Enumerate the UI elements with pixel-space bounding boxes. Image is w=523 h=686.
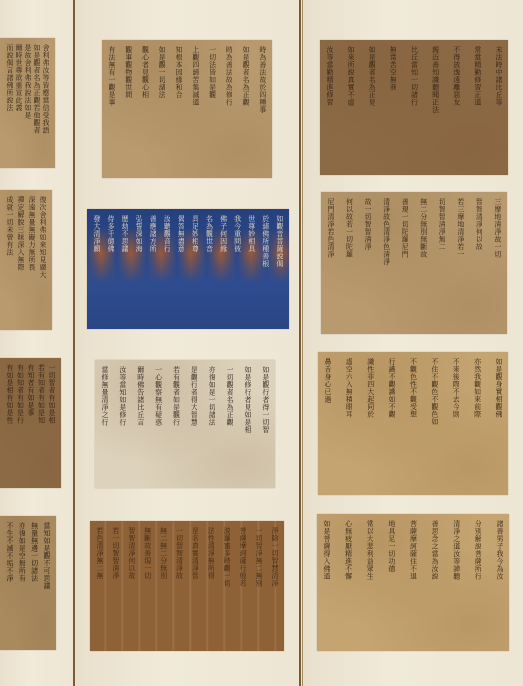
text-column: 發大清淨願: [93, 215, 100, 274]
text-column: 深遠無量無礙力無所畏: [28, 196, 35, 324]
text-column: 鼻舌身心已過: [324, 358, 331, 489]
manuscript-fragment: 末法時中諸比丘等 常當精勤修習正道 不得放逸遠離惡友 親近善知識聽聞正法 比丘當…: [320, 40, 508, 175]
text-column: 我今重問彼: [234, 215, 241, 274]
text-column: 歷劫不思議: [121, 215, 128, 274]
text-column: 具足妙相尊: [191, 215, 198, 274]
text-column: 不來後際不去今則: [452, 358, 459, 489]
text-column: 上觀四諦苦集滅道: [192, 46, 199, 172]
text-column: 亦復如是空無所有: [18, 522, 25, 644]
manuscript-fragment: 如是觀身實相觀佛 亦然我觀如來前際 不來後際不去今則 不住不觀色不觀色如 不觀色…: [318, 352, 508, 495]
panel-divider: [299, 0, 301, 686]
manuscript-fragment: 復次舍利弗如來知見廣大 深遠無量無礙力無所畏 禪定解脫三昧深入無際 成就一切未曾…: [0, 190, 52, 330]
panel-divider: [73, 0, 75, 686]
manuscript-fragment: 諸善男子我今為汝 分別解說菩薩所行 清淨之道汝等諦聽 善思念之當為汝說 菩薩摩訶…: [317, 514, 509, 651]
text-column: 是名真實清淨智: [191, 527, 198, 645]
text-column: 菩薩摩訶薩住不退: [410, 520, 417, 645]
text-column: 如是觀身實相觀佛: [495, 358, 502, 489]
text-column: 清淨故色清淨色清淨: [383, 198, 390, 328]
manuscript-fragment: 淨除一切智慧清淨 一切智淨無二無別 菩薩摩訶薩行般若 波羅蜜多時觀一切 法性清淨…: [90, 521, 284, 651]
text-column: 行識不觀識如不觀: [388, 358, 395, 489]
folding-screen-photo: 舍利弗汝等皆應當信受我語 如是觀者名為正觀若他觀者 是故舍利弗我說法如是 爾時世…: [0, 0, 523, 686]
text-column: 智智清淨何以故: [128, 527, 135, 645]
manuscript-fragment: 一切智者有如是相 若有知者有如是知 有知者有如是事 有如知者有如是行 有如是相有…: [0, 358, 61, 488]
text-column: 亦復如是一切諸法: [208, 366, 215, 482]
text-column: 如是觀一切諸法: [158, 46, 165, 172]
text-column: 如是修行者見如是相: [244, 366, 251, 482]
text-column: 善應諸方所: [149, 215, 156, 274]
text-column: 三摩地清淨故一切: [494, 198, 501, 328]
text-column: 常以大悲利益眾生: [366, 520, 373, 645]
text-column: 何以故若一切陀羅: [346, 198, 353, 328]
text-column: 一心觀察無有疑惑: [155, 366, 162, 482]
text-column: 清淨之道汝等諦聽: [453, 520, 460, 645]
text-column: 有如是相有如是性: [6, 364, 13, 482]
text-column: 汝等當勤精進修習: [326, 46, 333, 169]
text-column: 不住不觀色不觀色如: [431, 358, 438, 489]
text-column: 波羅蜜多時觀一切: [223, 527, 230, 645]
text-column: 而說偈言諸佛所說法: [6, 44, 13, 162]
text-column: 汝等當知如是修行: [119, 366, 126, 482]
text-column: 世尊妙相具: [248, 215, 255, 274]
text-column: 一切觀者名為正觀: [226, 366, 233, 482]
manuscript-fragment: 當知如是觀不可思議 無量無邊一切諸法 亦復如是空無所有 不生不滅不垢不淨: [0, 516, 56, 650]
text-column: 若有知者有如是知: [38, 364, 45, 482]
text-column: 是觀行者得大智慧: [190, 366, 197, 482]
text-column: 爾時世尊欲重宣此義: [15, 44, 22, 162]
text-column: 如是觀者名為正觀: [242, 46, 249, 172]
text-column: 有法無有一觀是事: [108, 46, 115, 172]
manuscript-fragment: 如是觀行者得一切智 如是修行者見如是相 一切觀者名為正觀 亦復如是一切諸法 是觀…: [95, 360, 275, 488]
text-column: 若一切智智清淨: [112, 527, 119, 645]
text-column: 分別解說菩薩所行: [474, 520, 481, 645]
text-column: 虛空六入無積眼耳: [345, 358, 352, 489]
text-column: 無二無二分無別: [160, 527, 167, 645]
panel-divider: [302, 0, 303, 686]
text-column: 尼門清淨若色清淨: [327, 198, 334, 328]
text-column: 亦然我觀如來前際: [474, 358, 481, 489]
text-column: 如來所說真實不虛: [347, 46, 354, 169]
text-column: 如是觀者名為正觀若他觀者: [33, 44, 40, 162]
text-column: 舍利弗汝等皆應當信受我語: [42, 44, 49, 162]
text-column: 末法時中諸比丘等: [495, 46, 502, 169]
text-column: 法性清淨無所得: [207, 527, 214, 645]
text-column: 常當精勤修習正道: [474, 46, 481, 169]
text-column: 當知如是觀不可思議: [43, 522, 50, 644]
text-column: 時為善法故為修行: [225, 46, 232, 172]
text-column: 比丘當知一切諸行: [411, 46, 418, 169]
text-column: 弘誓深如海: [135, 215, 142, 274]
text-column: 復次舍利弗如來知見廣大: [39, 196, 46, 324]
text-column: 一切智智清淨故: [176, 527, 183, 645]
text-column: 當修無量清淨之行: [101, 366, 108, 482]
text-column: 不生不滅不垢不淨: [6, 522, 13, 644]
text-column: 不觀色性不觀受想: [410, 358, 417, 489]
text-column: 佛子何因緣: [220, 215, 227, 274]
text-column: 如是觀行者得一切智: [262, 366, 269, 482]
text-column: 是故舍利弗我說法如是: [24, 44, 31, 162]
text-column: 無常苦空無我: [389, 46, 396, 169]
text-column: 有如知者有如是行: [17, 364, 24, 482]
text-column: 侍多千億佛: [107, 215, 114, 274]
text-column: 禪定解脫三昧深入無際: [17, 196, 24, 324]
manuscript-fragment: 舍利弗汝等皆應當信受我語 如是觀者名為正觀若他觀者 是故舍利弗我說法如是 爾時世…: [0, 38, 55, 168]
text-column: 觀事觀物觀世間: [125, 46, 132, 172]
text-column: 地具足一切功德: [388, 520, 395, 645]
manuscript-fragment: 三摩地清淨故一切 智智清淨何以故 若三摩地清淨若一 切智智清淨無二 無二分無別無…: [321, 192, 507, 334]
text-column: 名為觀世音: [206, 215, 213, 274]
text-column: 若色清淨無二無: [96, 527, 103, 645]
text-column: 有知者有如是事: [27, 364, 34, 482]
text-column: 汝聽觀音行: [163, 215, 170, 274]
text-column: 如是菩薩得入佛道: [323, 520, 330, 645]
manuscript-fragment-indigo: 如觀音菩薩說偈 於諸佛所種善根 世尊妙相具 我今重問彼 佛子何因緣 名為觀世音 …: [87, 209, 289, 329]
text-column: 一切法皆如是觀: [209, 46, 216, 172]
text-column: 親近善知識聽聞正法: [432, 46, 439, 169]
text-column: 善思念之當為汝說: [431, 520, 438, 645]
text-column: 淨除一切智慧清淨: [271, 527, 278, 645]
text-column: 時為善法故於四種事: [259, 46, 266, 172]
text-column: 於諸佛所種善根: [262, 215, 269, 274]
text-column: 如是觀者名為正見: [368, 46, 375, 169]
text-column: 成就一切未曾有法: [6, 196, 13, 324]
text-column: 諸善男子我今為汝: [496, 520, 503, 645]
text-column: 故一切智智清淨: [364, 198, 371, 328]
text-column: 無量無邊一切諸法: [31, 522, 38, 644]
text-column: 心無疲厭精進不懈: [345, 520, 352, 645]
text-column: 若三摩地清淨若一: [457, 198, 464, 328]
text-column: 一切智淨無二無別: [255, 527, 262, 645]
text-column: 無斷故善現一切: [144, 527, 151, 645]
text-column: 不得放逸遠離惡友: [453, 46, 460, 169]
text-column: 一切智者有如是相: [48, 364, 55, 482]
text-column: 善現一切陀羅尼門: [401, 198, 408, 328]
text-column: 如觀音菩薩說偈: [276, 215, 283, 274]
text-column: 智智清淨何以故: [475, 198, 482, 328]
text-column: 切智智清淨無二: [438, 198, 445, 328]
text-column: 知根本因緣和合: [175, 46, 182, 172]
text-column: 爾時佛告諸比丘言: [137, 366, 144, 482]
text-column: 若有觀者如是觀行: [173, 366, 180, 482]
text-column: 菩薩摩訶薩行般若: [239, 527, 246, 645]
text-column: 無二分無別無斷故: [420, 198, 427, 328]
manuscript-fragment: 時為善法故於四種事 如是觀者名為正觀 時為善法故為修行 一切法皆如是觀 上觀四諦…: [102, 40, 272, 178]
text-column: 識性非四大起同於: [367, 358, 374, 489]
text-column: 觀心者見觀心相: [142, 46, 149, 172]
text-column: 偈答無盡意: [177, 215, 184, 274]
